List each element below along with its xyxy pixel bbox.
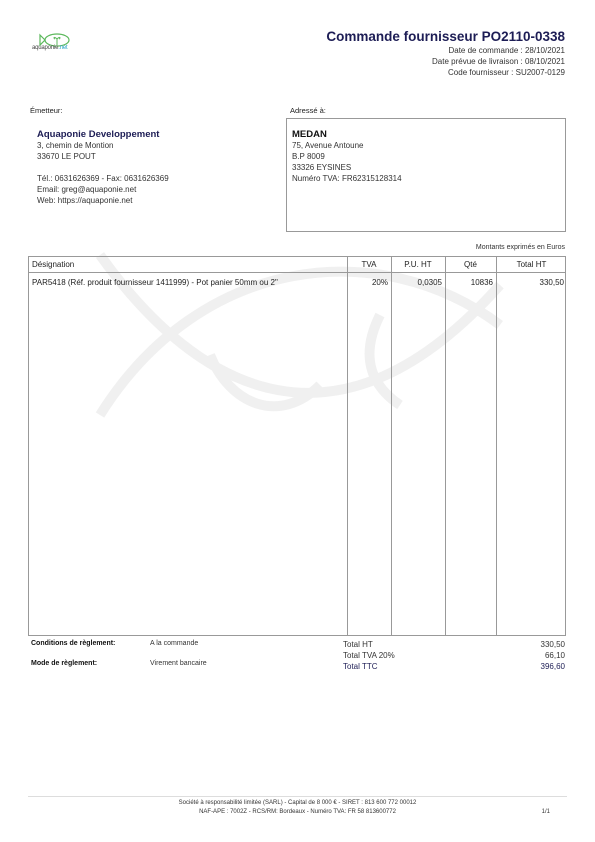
- conditions-value: A la commande: [150, 640, 198, 647]
- total-tva-value: 66,10: [545, 650, 565, 661]
- footer-line2: NAF-APE : 7002Z - RCS/RM: Bordeaux - Num…: [0, 809, 595, 815]
- recipient-address1: 75, Avenue Antoune: [292, 140, 402, 151]
- header-tva: TVA: [347, 260, 391, 269]
- row-designation: PAR5418 (Réf. produit fournisseur 141199…: [32, 278, 278, 287]
- footer-line1: Société à responsabilité limitée (SARL) …: [0, 800, 595, 806]
- sender-address1: 3, chemin de Montion: [37, 140, 169, 151]
- recipient-name: MEDAN: [292, 129, 402, 140]
- footer-divider: [28, 796, 567, 797]
- conditions-label: Conditions de règlement:: [31, 640, 115, 647]
- sender-block: Aquaponie Developpement 3, chemin de Mon…: [37, 129, 169, 206]
- row-total-ht: 330,50: [496, 278, 564, 287]
- logo-text: aquaponie.net: [32, 45, 67, 51]
- delivery-date: Date prévue de livraison : 08/10/2021: [432, 57, 565, 66]
- row-tva: 20%: [347, 278, 388, 287]
- order-date: Date de commande : 28/10/2021: [448, 46, 565, 55]
- supplier-code: Code fournisseur : SU2007-0129: [448, 68, 565, 77]
- header-designation: Désignation: [32, 260, 74, 269]
- total-ht-label: Total HT: [343, 639, 373, 650]
- total-ttc-value: 396,60: [541, 661, 565, 672]
- page-number: 1/1: [542, 809, 550, 815]
- header-qty: Qté: [445, 260, 496, 269]
- total-tva-label: Total TVA 20%: [343, 650, 395, 661]
- sender-label: Émetteur:: [30, 106, 63, 115]
- document-title: Commande fournisseur PO2110-0338: [326, 29, 565, 44]
- recipient-label: Adressé à:: [290, 106, 326, 115]
- currency-note: Montants exprimés en Euros: [476, 244, 565, 251]
- total-ht-value: 330,50: [541, 639, 565, 650]
- row-qty: 10836: [445, 278, 493, 287]
- company-logo-icon: [30, 32, 80, 56]
- recipient-address3: 33326 EYSINES: [292, 162, 402, 173]
- row-pu-ht: 0,0305: [391, 278, 442, 287]
- total-ttc-label: Total TTC: [343, 661, 378, 672]
- order-lines-table: Désignation TVA P.U. HT Qté Total HT PAR…: [28, 256, 566, 636]
- mode-value: Virement bancaire: [150, 660, 207, 667]
- header-pu-ht: P.U. HT: [391, 260, 445, 269]
- sender-name: Aquaponie Developpement: [37, 129, 169, 140]
- recipient-address2: B.P 8009: [292, 151, 402, 162]
- recipient-box: MEDAN 75, Avenue Antoune B.P 8009 33326 …: [286, 118, 566, 232]
- sender-address2: 33670 LE POUT: [37, 151, 169, 162]
- mode-label: Mode de règlement:: [31, 660, 97, 667]
- recipient-vat: Numéro TVA: FR62315128314: [292, 173, 402, 184]
- sender-phone: Tél.: 0631626369 - Fax: 0631626369: [37, 173, 169, 184]
- sender-email: Email: greg@aquaponie.net: [37, 184, 169, 195]
- sender-web: Web: https://aquaponie.net: [37, 195, 169, 206]
- header-total-ht: Total HT: [496, 260, 567, 269]
